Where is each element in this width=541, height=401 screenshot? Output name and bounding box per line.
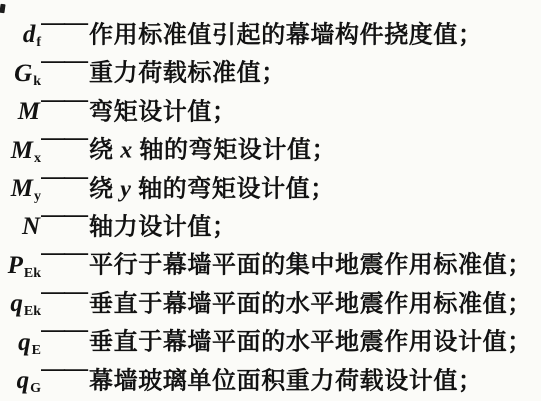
dash-separator: —— — [41, 311, 89, 349]
dash-separator: —— — [41, 119, 89, 157]
symbol-definition-row: Mx——绕 x 轴的弯矩设计值； — [0, 119, 541, 157]
symbol-subscript: f — [36, 35, 41, 50]
dash-separator: —— — [41, 350, 89, 388]
dash-separator: —— — [41, 234, 89, 272]
dash-separator: —— — [41, 81, 89, 119]
definition-pre: 幕墙玻璃单位面积重力荷载设计值； — [89, 368, 483, 394]
dash-separator: —— — [41, 273, 89, 311]
symbol-definition-row: qE——垂直于幕墙平面的水平地震作用设计值； — [0, 311, 541, 349]
symbol-subscript: x — [34, 151, 41, 166]
symbol-definition-row: My——绕 y 轴的弯矩设计值； — [0, 158, 541, 196]
symbol-subscript: E — [32, 343, 41, 358]
document-page: df——作用标准值引起的幕墙构件挠度值； Gk——重力荷载标准值； M——弯矩设… — [0, 0, 541, 401]
dash-separator: —— — [41, 196, 89, 234]
symbol-definition-row: PEk——平行于幕墙平面的集中地震作用标准值； — [0, 234, 541, 272]
dash-separator: —— — [41, 158, 89, 196]
symbol: qG — [0, 362, 41, 401]
symbol-letter: q — [17, 367, 30, 394]
dash-separator: —— — [41, 42, 89, 80]
symbol-subscript: Ek — [24, 266, 41, 281]
symbol-definition-row: qEk——垂直于幕墙平面的水平地震作用标准值； — [0, 273, 541, 311]
symbol-definition-row: qG——幕墙玻璃单位面积重力荷载设计值； — [0, 350, 541, 388]
symbol-subscript: Ek — [24, 304, 41, 319]
symbol-subscript: G — [30, 381, 41, 396]
symbol-subscript: k — [33, 74, 41, 89]
symbol-definition-row: df——作用标准值引起的幕墙构件挠度值； — [0, 4, 541, 42]
dash-separator: —— — [41, 4, 89, 42]
definition-text: 幕墙玻璃单位面积重力荷载设计值； — [89, 368, 483, 394]
symbol-subscript: y — [34, 189, 41, 204]
